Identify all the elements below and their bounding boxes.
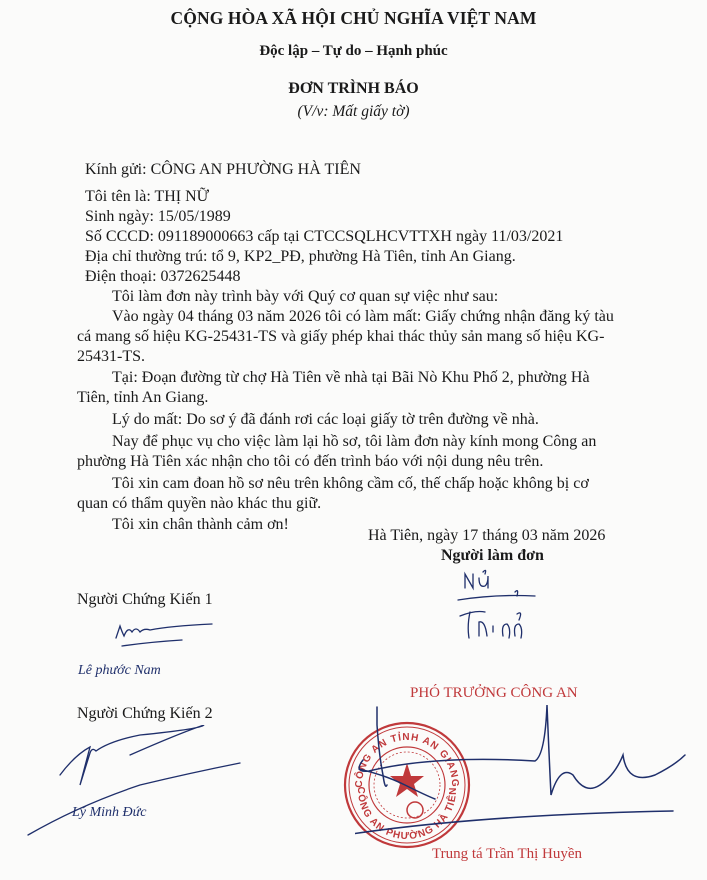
place-line-1: Tại: Đoạn đường từ chợ Hà Tiên về nhà tạ… [112,369,590,387]
date-line: Hà Tiên, ngày 17 tháng 03 năm 2026 [368,527,605,545]
national-title: CỘNG HÒA XÃ HỘI CHỦ NGHĨA VIỆT NAM [0,8,707,29]
thanks-line: Tôi xin chân thành cảm ơn! [112,516,289,534]
loss-line-1: Vào ngày 04 tháng 03 năm 2026 tôi có làm… [112,308,614,326]
recipient-line: Kính gửi: CÔNG AN PHƯỜNG HÀ TIÊN [85,161,361,179]
applicant-signature [455,566,595,656]
witness1-handwritten-name: Lê phước Nam [78,663,161,678]
document-title: ĐƠN TRÌNH BÁO [0,80,707,98]
place-line-2: Tiên, tỉnh An Giang. [77,389,208,407]
witness2-label: Người Chứng Kiến 2 [77,705,213,723]
witness1-name: Lê phước Nam [78,663,238,689]
applicant-address: Địa chỉ thường trú: tổ 9, KP2_PĐ, phường… [85,248,516,266]
witness1-label: Người Chứng Kiến 1 [77,591,213,609]
witness2-name: Lý Minh Đức [72,805,212,831]
applicant-name: Tôi tên là: THỊ NỮ [85,188,209,206]
official-signature [355,695,695,845]
body-intro: Tôi làm đơn này trình bày với Quý cơ qua… [112,288,498,306]
applicant-dob: Sinh ngày: 15/05/1989 [85,208,231,226]
reason-line: Lý do mất: Do sơ ý đã đánh rơi các loại … [112,411,539,429]
applicant-phone: Điện thoại: 0372625448 [85,268,241,286]
loss-line-2: cá mang số hiệu KG-25431-TS và giấy phép… [77,328,604,346]
witness2-handwritten-name: Lý Minh Đức [72,805,147,820]
document-subject: (V/v: Mất giấy tờ) [0,103,707,121]
motto: Độc lập – Tự do – Hạnh phúc [0,43,707,60]
applicant-signature-label: Người làm đơn [441,547,544,565]
official-name: Trung tá Trần Thị Huyền [432,846,582,863]
pledge-line-2: quan có thẩm quyền nào khác thu giữ. [77,495,321,513]
document-page: CỘNG HÒA XÃ HỘI CHỦ NGHĨA VIỆT NAM Độc l… [0,0,707,880]
request-line-2: phường Hà Tiên xác nhận cho tôi có đến t… [77,453,543,471]
request-line-1: Nay để phục vụ cho việc làm lại hồ sơ, t… [112,433,596,451]
applicant-id: Số CCCD: 091189000663 cấp tại CTCCSQLHCV… [85,228,563,246]
pledge-line-1: Tôi xin cam đoan hồ sơ nêu trên không cầ… [112,475,589,493]
loss-line-3: 25431-TS. [77,348,145,366]
witness1-signature [110,618,230,653]
